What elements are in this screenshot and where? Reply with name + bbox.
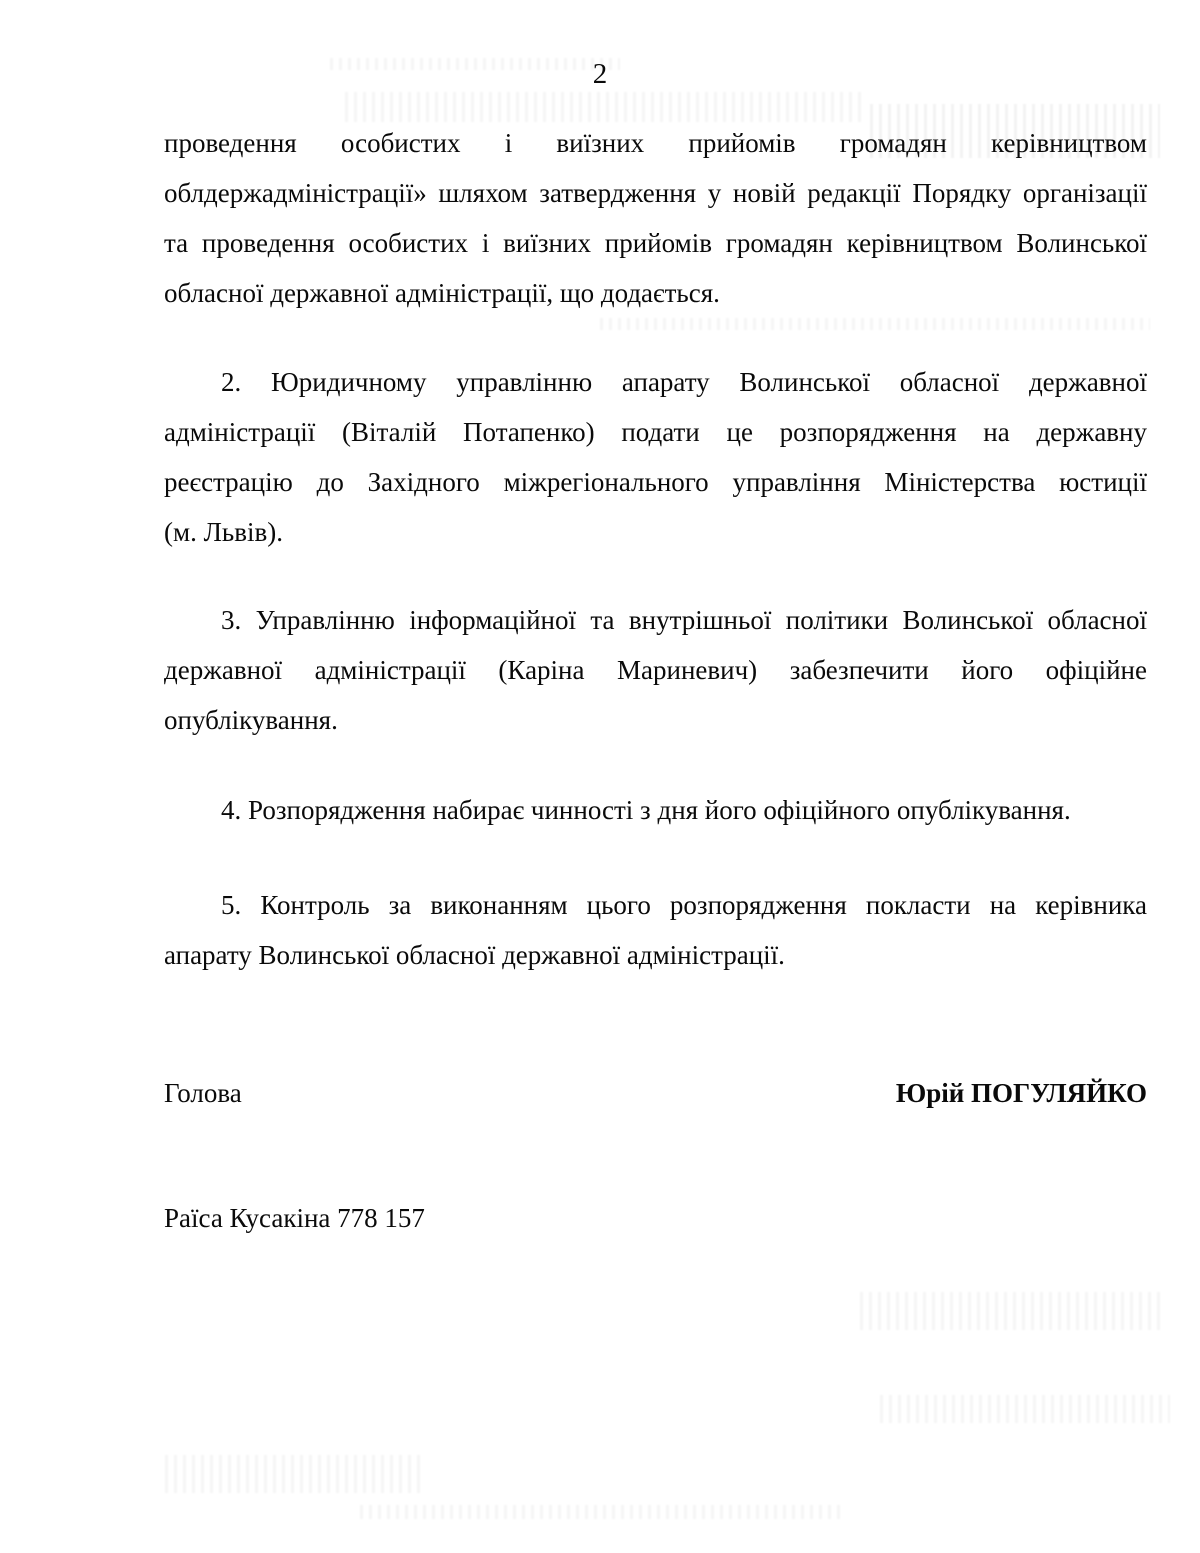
document-page: 2 проведення особистих і виїзних прийомі… [0, 0, 1200, 1553]
paragraph-item-2: 2. Юридичному управлінню апарату Волинсь… [164, 357, 1147, 557]
scan-artifact [360, 1505, 840, 1519]
scan-artifact [600, 318, 1150, 330]
text-line: (м. Львів). [164, 507, 1147, 557]
text-line: 3. Управлінню інформаційної та внутрішнь… [164, 595, 1147, 645]
text-line: облдержадміністрації» шляхом затвердженн… [164, 168, 1147, 218]
text-line: апарату Волинської обласної державної ад… [164, 930, 1147, 980]
signature-title: Голова [164, 1068, 242, 1118]
paragraph-continuation: проведення особистих і виїзних прийомів … [164, 118, 1147, 318]
text-line: 5. Контроль за виконанням цього розпоряд… [164, 880, 1147, 930]
executor-contact: Раїса Кусакіна 778 157 [164, 1193, 425, 1243]
paragraph-item-4: 4. Розпорядження набирає чинності з дня … [164, 785, 1147, 835]
signature-name: Юрій ПОГУЛЯЙКО [896, 1068, 1147, 1118]
scan-artifact [860, 1292, 1160, 1330]
scan-artifact [165, 1455, 425, 1493]
signature-block: Голова Юрій ПОГУЛЯЙКО [164, 1068, 1147, 1118]
text-line: 2. Юридичному управлінню апарату Волинсь… [164, 357, 1147, 407]
scan-artifact [880, 1395, 1170, 1423]
paragraph-item-5: 5. Контроль за виконанням цього розпоряд… [164, 880, 1147, 980]
paragraph-item-3: 3. Управлінню інформаційної та внутрішнь… [164, 595, 1147, 745]
text-line: та проведення особистих і виїзних прийом… [164, 218, 1147, 268]
text-line: проведення особистих і виїзних прийомів … [164, 118, 1147, 168]
text-line: адміністрації (Віталій Потапенко) подати… [164, 407, 1147, 457]
text-line: державної адміністрації (Каріна Мариневи… [164, 645, 1147, 695]
text-line: 4. Розпорядження набирає чинності з дня … [164, 785, 1147, 835]
text-line: обласної державної адміністрації, що дод… [164, 268, 1147, 318]
text-line: опублікування. [164, 695, 1147, 745]
page-number: 2 [0, 56, 1200, 92]
text-line: реєстрацію до Західного міжрегіонального… [164, 457, 1147, 507]
